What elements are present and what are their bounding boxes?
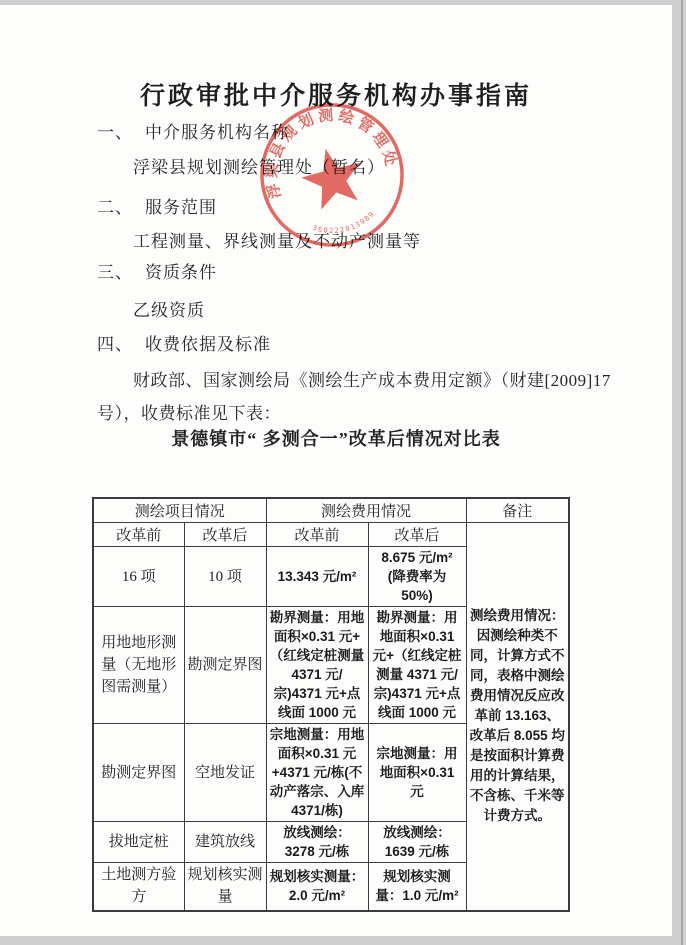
header-project-status: 测绘项目情况 — [93, 498, 266, 523]
cell-project-before: 土地测方验方 — [93, 863, 184, 911]
cell-items-before: 16 项 — [93, 547, 184, 607]
section-1-label: 中介服务机构名称 — [145, 118, 289, 143]
section-3-number: 三、 — [97, 258, 133, 283]
section-4-number: 四、 — [97, 330, 133, 355]
section-2-label: 服务范围 — [145, 193, 217, 218]
cell-fee-after: 勘界测量：用地面积×0.31 元+（红线定桩测量 4371 元/宗)4371 元… — [368, 607, 466, 724]
subheader-after-reform-2: 改革后 — [368, 523, 466, 547]
subheader-after-reform-1: 改革后 — [184, 523, 266, 547]
header-remark: 备注 — [466, 498, 569, 523]
cell-fee-after: 放线测绘：1639 元/栋 — [368, 822, 466, 863]
section-2-body: 工程测量、界线测量及不动产测量等 — [133, 227, 421, 252]
cell-fee-before: 放线测绘：3278 元/栋 — [266, 822, 368, 863]
cell-project-before: 勘测定界图 — [93, 724, 184, 822]
section-1-body: 浮梁县规划测绘管理处（暂名） — [133, 153, 385, 178]
cell-fee-before: 13.343 元/m² — [266, 547, 368, 607]
section-3-label: 资质条件 — [145, 258, 217, 283]
cell-fee-after: 规划核实测量：1.0 元/m² — [368, 863, 466, 911]
cell-project-after: 空地发证 — [184, 724, 266, 822]
cell-project-after: 建筑放线 — [184, 822, 266, 863]
cell-fee-before: 勘界测量：用地面积×0.31 元+（红线定桩测量 4371 元/宗)4371 元… — [266, 607, 368, 724]
cell-fee-before: 宗地测量：用地面积×0.31 元+4371 元/栋(不动产落宗、入库 4371/… — [266, 724, 368, 822]
comparison-table: 测绘项目情况 测绘费用情况 备注 改革前 改革后 改革前 改革后 测绘费用情况：… — [92, 497, 570, 912]
remark-cell: 测绘费用情况：因测绘种类不同，计算方式不同，表格中测绘费用情况反应改革前 13.… — [466, 523, 569, 911]
subheader-before-reform-2: 改革前 — [266, 523, 368, 547]
document-title: 行政审批中介服务机构办事指南 — [0, 76, 672, 112]
scanned-document: 行政审批中介服务机构办事指南 一、 中介服务机构名称 浮梁县规划测绘管理处（暂名… — [0, 0, 686, 945]
table-caption: 景德镇市“ 多测合一”改革后情况对比表 — [0, 425, 672, 451]
section-3-heading: 三、 资质条件 — [97, 258, 217, 283]
cell-project-after: 勘测定界图 — [184, 607, 266, 724]
section-4-body: 财政部、国家测绘局《测绘生产成本费用定额》（财建[2009]17号），收费标准见… — [97, 364, 611, 430]
header-fee-status: 测绘费用情况 — [266, 498, 466, 523]
section-2-heading: 二、 服务范围 — [97, 193, 217, 218]
table-header-row-1: 测绘项目情况 测绘费用情况 备注 — [93, 498, 569, 523]
section-2-number: 二、 — [97, 193, 133, 218]
cell-fee-after: 宗地测量：用地面积×0.31 元 — [368, 724, 466, 822]
cell-project-before: 拔地定桩 — [93, 822, 184, 863]
section-1-number: 一、 — [97, 118, 133, 143]
subheader-before-reform-1: 改革前 — [93, 523, 184, 547]
section-4-label: 收费依据及标准 — [145, 330, 271, 355]
cell-items-after: 10 项 — [184, 547, 266, 607]
table-header-row-2: 改革前 改革后 改革前 改革后 测绘费用情况：因测绘种类不同，计算方式不同，表格… — [93, 523, 569, 547]
scan-edge-shadow — [681, 0, 683, 945]
section-4-heading: 四、 收费依据及标准 — [97, 330, 271, 355]
cell-fee-before: 规划核实测量：2.0 元/m² — [266, 863, 368, 911]
cell-fee-after: 8.675 元/m² (降费率为 50%) — [368, 547, 466, 607]
cell-project-after: 规划核实测量 — [184, 863, 266, 911]
section-3-body: 乙级资质 — [133, 296, 205, 321]
cell-project-before: 用地地形测量（无地形图需测量） — [93, 607, 184, 724]
section-1-heading: 一、 中介服务机构名称 — [97, 118, 289, 143]
